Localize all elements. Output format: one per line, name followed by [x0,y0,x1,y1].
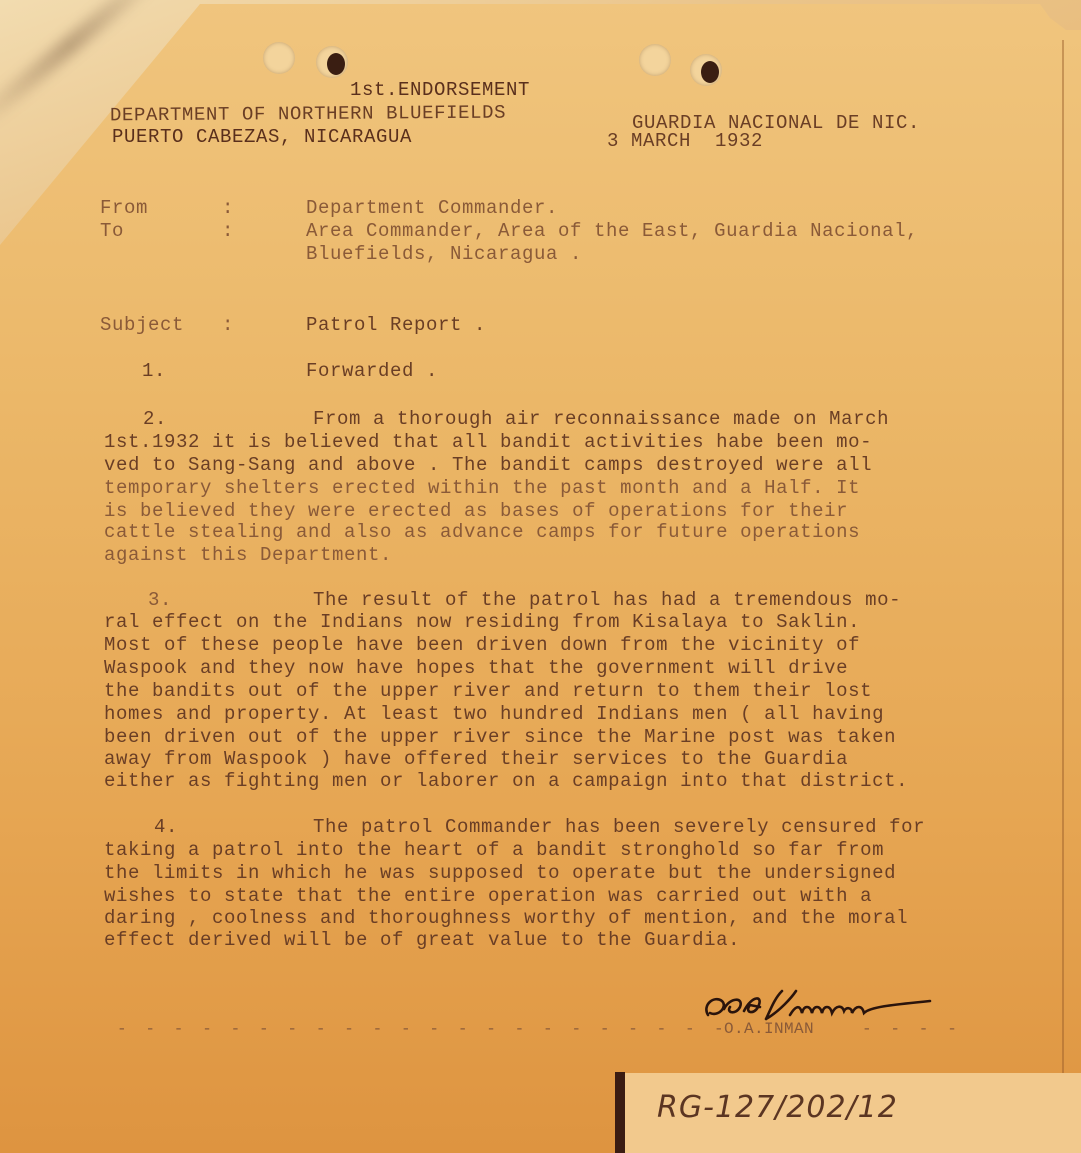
paragraph-2-line: is believed they were erected as bases o… [104,500,848,523]
subject-value: Patrol Report . [306,314,486,337]
paragraph-2-line: ved to Sang-Sang and above . The bandit … [104,454,872,477]
paragraph-3-line: ral effect on the Indians now residing f… [104,611,860,634]
to-separator: : [222,220,234,243]
typed-signature-name: -O.A.INMAN [714,1018,814,1041]
punch-hole-icon [316,46,348,78]
paragraph-4-line: daring , coolness and thoroughness worth… [104,907,908,930]
punch-hole-icon [690,54,722,86]
to-label: To [100,220,124,243]
from-label: From [100,197,148,220]
paragraph-3-line: Most of these people have been driven do… [104,634,860,657]
subject-label: Subject [100,314,184,337]
punch-hole-icon [639,44,671,76]
label-edge [615,1072,625,1153]
paragraph-4-line: taking a patrol into the heart of a band… [104,839,884,862]
paragraph-4-line: the limits in which he was supposed to o… [104,862,896,885]
punch-hole-icon [263,42,295,74]
date-line: 3 MARCH 1932 [607,130,763,153]
page-edge [1062,40,1064,1153]
paragraph-4-line: effect derived will be of great value to… [104,929,740,952]
department-line: DEPARTMENT OF NORTHERN BLUEFIELDS [110,102,506,128]
archive-reference: RG-127/202/12 [657,1090,898,1125]
document-page [0,0,1081,1153]
paragraph-2-line: against this Department. [104,544,392,567]
signature-dashes-left: - - - - - - - - - - - - - - - - - - - - … [117,1018,699,1041]
paragraph-3-line: away from Waspook ) have offered their s… [104,748,848,771]
paragraph-3-line: Waspook and they now have hopes that the… [104,657,848,680]
from-separator: : [222,197,234,220]
paragraph-2-line: From a thorough air reconnaissance made … [313,408,889,431]
endorsement-heading: 1st.ENDORSEMENT [350,79,530,102]
paragraph-2-line: temporary shelters erected within the pa… [104,477,860,500]
paragraph-3-line: either as fighting men or laborer on a c… [104,770,908,793]
paragraph-3-line: The result of the patrol has had a treme… [313,589,901,612]
paragraph-4-line: The patrol Commander has been severely c… [313,816,925,839]
paragraph-3-line: been driven out of the upper river since… [104,726,896,749]
signature-dashes-right: - - - - [862,1018,961,1041]
paragraph-3-number: 3. [148,589,172,612]
subject-separator: : [222,314,234,337]
paragraph-3-line: homes and property. At least two hundred… [104,703,884,726]
paragraph-2-number: 2. [143,408,167,431]
paragraph-2-line: cattle stealing and also as advance camp… [104,521,860,544]
paragraph-2-line: 1st.1932 it is believed that all bandit … [104,431,872,454]
paragraph-4-number: 4. [154,816,178,839]
paragraph-1-text: Forwarded . [306,360,438,383]
to-value-line2: Bluefields, Nicaragua . [306,243,582,266]
to-value-line1: Area Commander, Area of the East, Guardi… [306,220,918,243]
from-value: Department Commander. [306,197,558,220]
location-line: PUERTO CABEZAS, NICARAGUA [112,126,412,149]
paragraph-3-line: the bandits out of the upper river and r… [104,680,872,703]
paragraph-4-line: wishes to state that the entire operatio… [104,885,872,908]
paragraph-1-number: 1. [142,360,166,383]
